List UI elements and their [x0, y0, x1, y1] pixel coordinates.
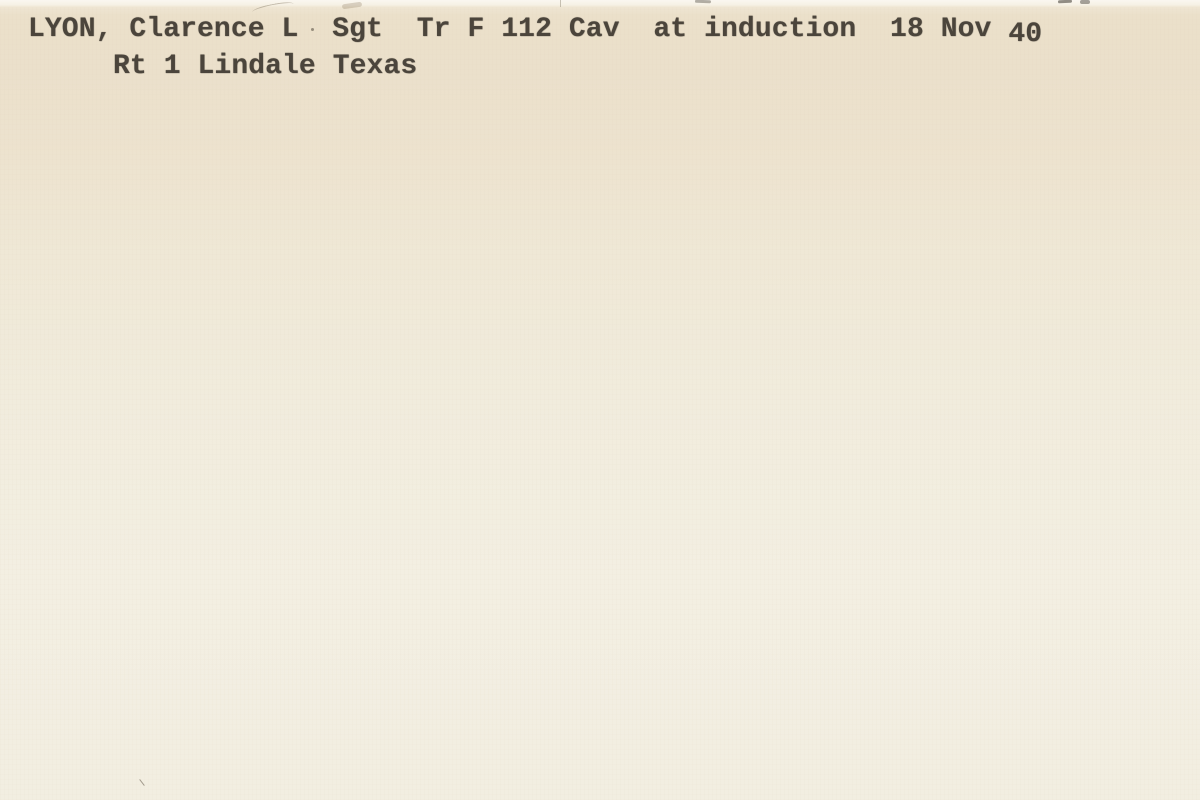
typewritten-line-1: LYON, Clarence L Sgt Tr F 112 Cav at ind…: [28, 13, 1042, 47]
typewritten-line-2: Rt 1 Lindale Texas: [113, 50, 417, 84]
scanned-index-card: { "card": { "line1_main": "LYON, Clarenc…: [0, 0, 1200, 800]
scan-edge-strip: [0, 0, 1200, 7]
paper-speck-mark: [139, 779, 145, 786]
line1-year: 40: [1008, 18, 1042, 52]
line1-text: LYON, Clarence L Sgt Tr F 112 Cav at ind…: [28, 14, 1008, 45]
paper-texture: [0, 0, 1200, 800]
